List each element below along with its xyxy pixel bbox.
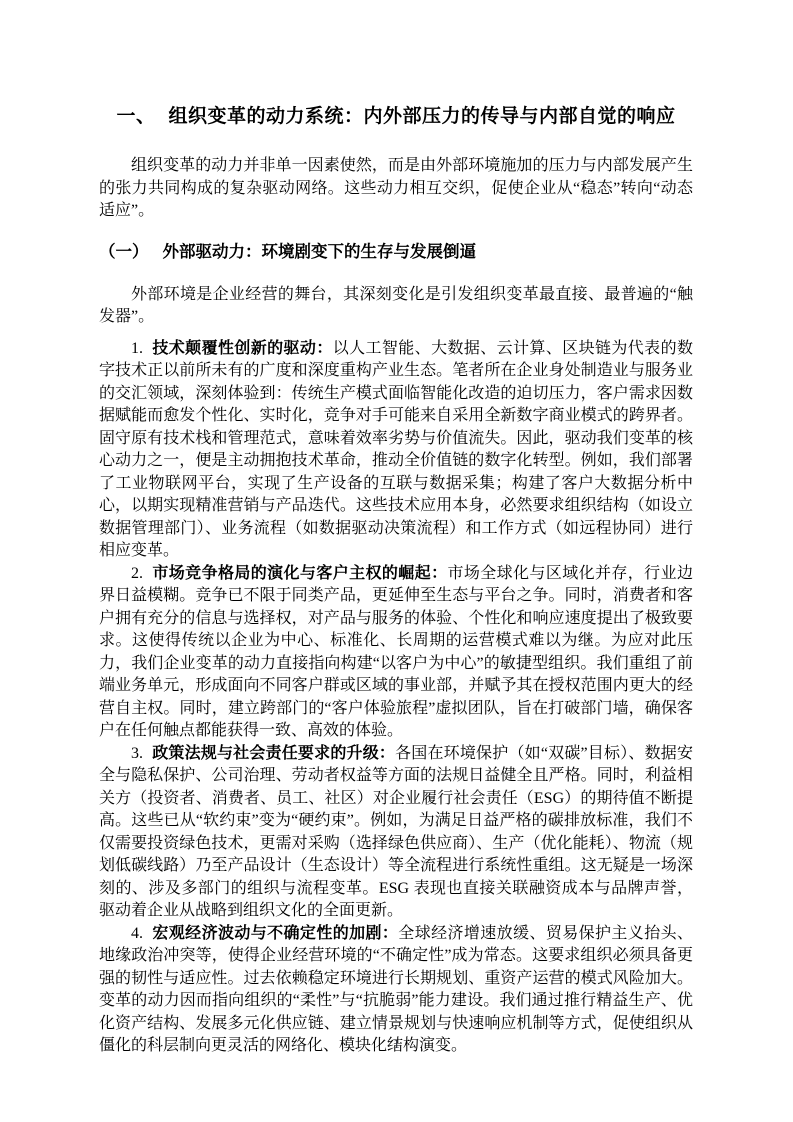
item-1-number: 1. [131, 340, 143, 357]
item-4-number: 4. [131, 925, 143, 942]
list-item-3: 3.政策法规与社会责任要求的升级：各国在环境保护（如“双碳”目标）、数据安全与隐… [99, 743, 693, 923]
item-2-body: 市场全球化与区域化并存，行业边界日益模糊。竞争已不限于同类产品，更延伸至生态与平… [99, 565, 693, 740]
list-item-2: 2.市场竞争格局的演化与客户主权的崛起：市场全球化与区域化并存，行业边界日益模糊… [99, 563, 693, 743]
document-title: 一、组织变革的动力系统：内外部压力的传导与内部自觉的响应 [99, 104, 693, 129]
item-4-lead: 宏观经济波动与不确定性的加剧： [152, 925, 398, 942]
document-page: 一、组织变革的动力系统：内外部压力的传导与内部自觉的响应 组织变革的动力并非单一… [0, 0, 793, 1122]
item-1-lead: 技术颠覆性创新的驱动： [152, 340, 333, 357]
section-heading-number: （一） [99, 242, 149, 261]
page-number: 1 [0, 1036, 793, 1052]
intro-paragraph: 组织变革的动力并非单一因素使然，而是由外部环境施加的压力与内部发展产生的张力共同… [99, 155, 693, 223]
item-4-body: 全球经济增速放缓、贸易保护主义抬头、地缘政治冲突等，使得企业经营环境的“不确定性… [99, 925, 693, 1055]
list-item-1: 1.技术颠覆性创新的驱动：以人工智能、大数据、云计算、区块链为代表的数字技术正以… [99, 338, 693, 563]
section-intro-paragraph: 外部环境是企业经营的舞台，其深刻变化是引发组织变革最直接、最普遍的“触发器”。 [99, 284, 693, 329]
item-3-lead: 政策法规与社会责任要求的升级： [152, 745, 395, 762]
title-number: 一、 [116, 106, 155, 127]
item-2-number: 2. [131, 565, 143, 582]
section-heading: （一）外部驱动力：环境剧变下的生存与发展倒逼 [99, 240, 693, 263]
section-heading-text: 外部驱动力：环境剧变下的生存与发展倒逼 [163, 242, 477, 261]
item-3-body: 各国在环境保护（如“双碳”目标）、数据安全与隐私保护、公司治理、劳动者权益等方面… [99, 745, 693, 920]
item-3-number: 3. [131, 745, 143, 762]
item-2-lead: 市场竞争格局的演化与客户主权的崛起： [152, 565, 447, 582]
item-1-body: 以人工智能、大数据、云计算、区块链为代表的数字技术正以前所未有的广度和深度重构产… [99, 340, 693, 560]
title-text: 组织变革的动力系统：内外部压力的传导与内部自觉的响应 [169, 106, 676, 127]
